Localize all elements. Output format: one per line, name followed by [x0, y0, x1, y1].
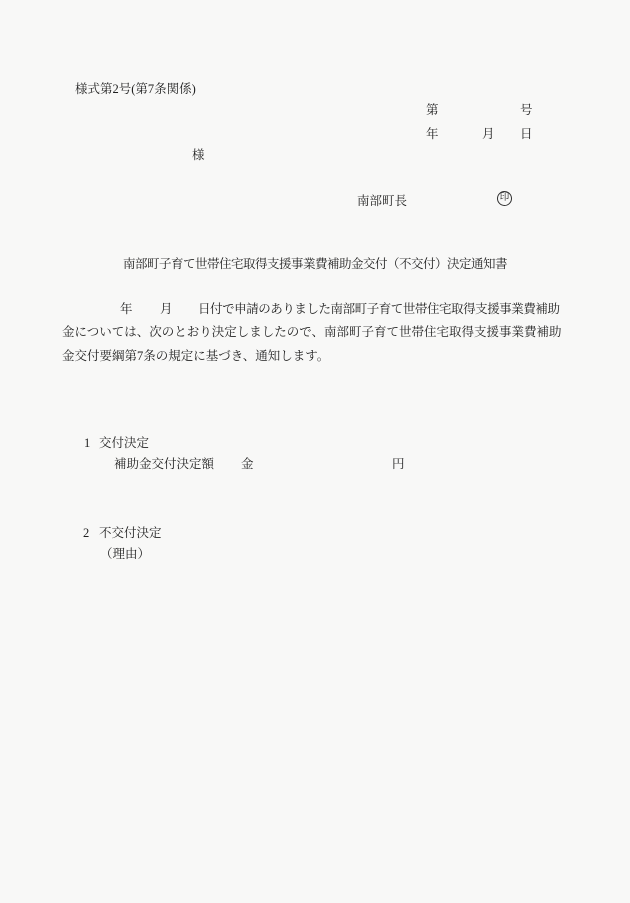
- reason-label: （理由）: [100, 546, 150, 562]
- document-page: 様式第2号(第7条関係) 第 号 年 月 日 様 南部町長 印 南部町子育て世帯…: [0, 0, 630, 903]
- section-2-number: 2: [83, 525, 89, 541]
- amount-unit: 円: [392, 456, 405, 472]
- document-title: 南部町子育て世帯住宅取得支援事業費補助金交付（不交付）決定通知書: [0, 256, 630, 272]
- section-1-heading: 交付決定: [99, 435, 149, 451]
- body-blank-year-label: 年: [120, 301, 133, 317]
- date-line: 年 月 日: [0, 126, 630, 206]
- section-2-heading-line: 2 不交付決定: [0, 525, 630, 589]
- section-1-number: 1: [84, 435, 90, 451]
- amount-prefix: 金: [241, 456, 254, 472]
- sender-title: 南部町長: [357, 193, 407, 209]
- body-line-3: 金交付要綱第7条の規定に基づき、通知します。: [62, 348, 329, 364]
- amount-label: 補助金交付決定額: [114, 456, 214, 472]
- section-1-amount-line: 補助金交付決定額 金 円: [0, 456, 630, 536]
- seal-stamp-icon: 印: [497, 191, 512, 206]
- doc-number-prefix: 第: [426, 102, 439, 118]
- form-number-label: 様式第2号(第7条関係): [75, 81, 196, 97]
- doc-number-suffix: 号: [520, 102, 533, 118]
- body-line-1: 年 月 日付で申請のありました南部町子育て世帯住宅取得支援事業費補助: [0, 301, 630, 381]
- addressee-honorific: 様: [192, 147, 205, 163]
- section-2-heading: 不交付決定: [99, 525, 162, 541]
- seal-label: 印: [500, 194, 510, 204]
- date-year-label: 年: [426, 126, 439, 142]
- body-line-2: 金については、次のとおり決定しましたので、南部町子育て世帯住宅取得支援事業費補助: [62, 324, 562, 340]
- date-month-label: 月: [482, 126, 495, 142]
- body-blank-month-label: 月: [160, 301, 173, 317]
- body-line-1-text: 日付で申請のありました南部町子育て世帯住宅取得支援事業費補助: [198, 301, 560, 317]
- date-day-label: 日: [520, 126, 533, 142]
